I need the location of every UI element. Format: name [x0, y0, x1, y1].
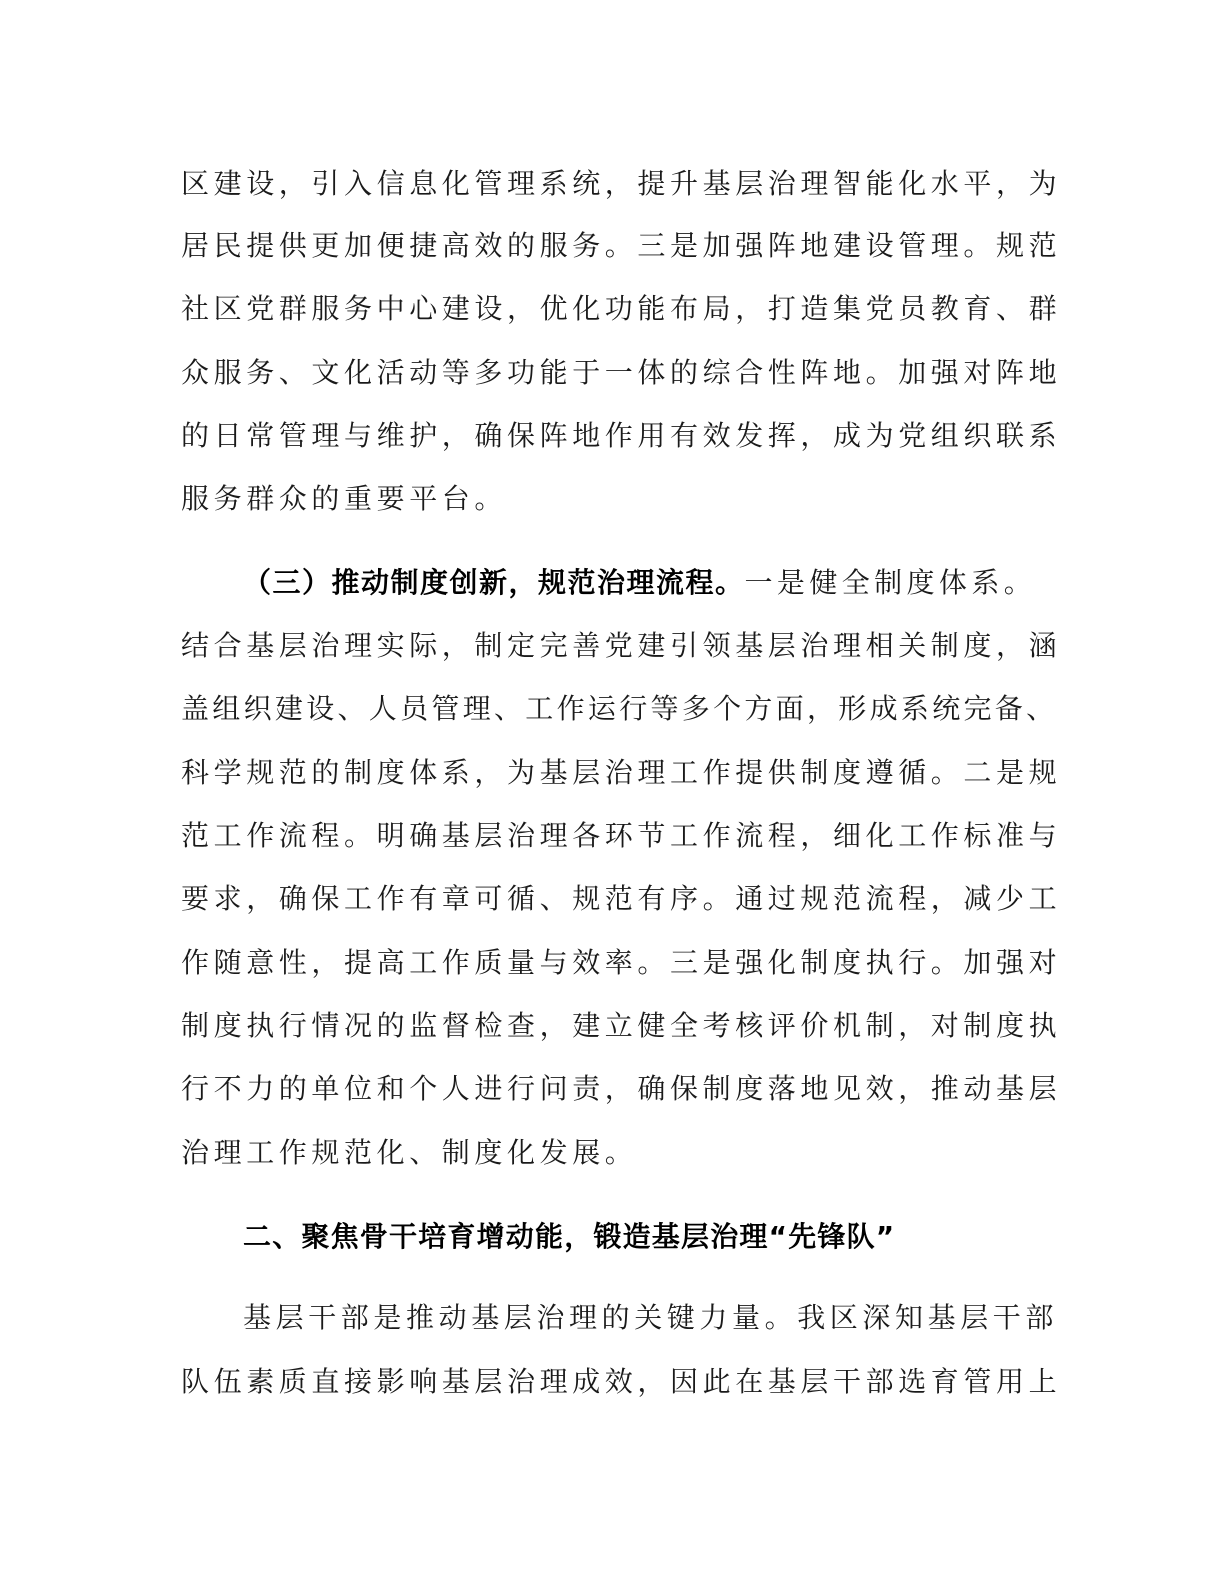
body-text-line: 区建设，引入信息化管理系统，提升基层治理智能化水平，为: [181, 166, 1061, 202]
body-text-line: 科学规范的制度体系，为基层治理工作提供制度遵循。二是规: [181, 755, 1061, 791]
subsection-first-line: （三）推动制度创新，规范治理流程。一是健全制度体系。: [243, 565, 1036, 601]
body-text-line: 范工作流程。明确基层治理各环节工作流程，细化工作标准与: [181, 818, 1061, 854]
body-text-line: 社区党群服务中心建设，优化功能布局，打造集党员教育、群: [181, 291, 1061, 327]
document-page: 区建设，引入信息化管理系统，提升基层治理智能化水平，为 居民提供更加便捷高效的服…: [0, 0, 1224, 1584]
body-text-line: 作随意性，提高工作质量与效率。三是强化制度执行。加强对: [181, 945, 1061, 981]
body-text-line: 基层干部是推动基层治理的关键力量。我区深知基层干部: [243, 1300, 1058, 1336]
body-text-line: 的日常管理与维护，确保阵地作用有效发挥，成为党组织联系: [181, 418, 1061, 454]
body-text-line: 治理工作规范化、制度化发展。: [181, 1135, 637, 1171]
body-text-line: 服务群众的重要平台。: [181, 481, 507, 517]
body-text-line: 要求，确保工作有章可循、规范有序。通过规范流程，减少工: [181, 881, 1061, 917]
body-text-line: 盖组织建设、人员管理、工作运行等多个方面，形成系统完备、: [181, 691, 1057, 727]
body-text-line: 结合基层治理实际，制定完善党建引领基层治理相关制度，涵: [181, 628, 1061, 664]
body-text: 一是健全制度体系。: [745, 566, 1037, 599]
body-text-line: 制度执行情况的监督检查，建立健全考核评价机制，对制度执: [181, 1008, 1061, 1044]
body-text-line: 队伍素质直接影响基层治理成效，因此在基层干部选育管用上: [181, 1364, 1061, 1400]
section-heading: 二、聚焦骨干培育增动能，锻造基层治理“先锋队”: [243, 1219, 895, 1255]
body-text-line: 行不力的单位和个人进行问责，确保制度落地见效，推动基层: [181, 1071, 1061, 1107]
body-text-line: 居民提供更加便捷高效的服务。三是加强阵地建设管理。规范: [181, 228, 1061, 264]
subsection-heading: （三）推动制度创新，规范治理流程。: [243, 566, 745, 599]
body-text-line: 众服务、文化活动等多功能于一体的综合性阵地。加强对阵地: [181, 355, 1061, 391]
